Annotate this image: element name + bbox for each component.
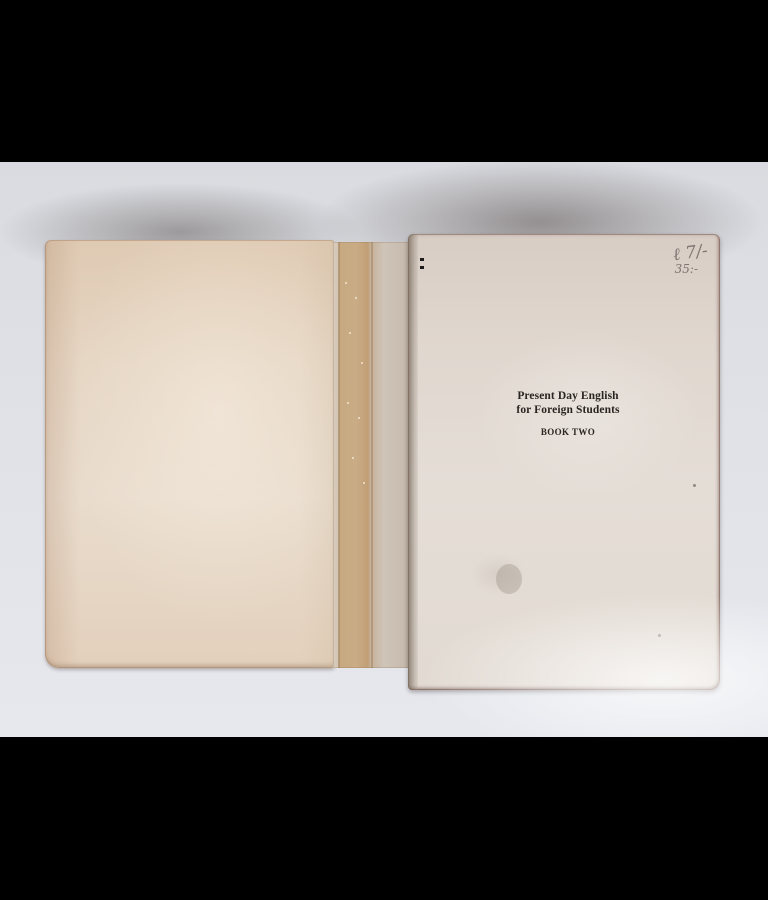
spine-speck: [349, 332, 351, 334]
front-cover: ℓ 7/- 35:- Present Day English for Forei…: [408, 234, 720, 690]
spine-speck: [355, 297, 357, 299]
handwritten-annotation: ℓ 7/- 35:-: [673, 244, 708, 276]
book-spine: [333, 242, 411, 668]
photo: ℓ 7/- 35:- Present Day English for Forei…: [0, 162, 768, 737]
spine-tape-edge: [338, 242, 340, 668]
book-title-line-2: for Foreign Students: [488, 403, 648, 417]
stain: [693, 484, 696, 487]
spine-tape-edge: [371, 242, 373, 668]
spine-speck: [352, 457, 354, 459]
inside-back-cover: [45, 240, 335, 668]
spine-speck: [361, 362, 363, 364]
book-subtitle: BOOK TWO: [488, 427, 648, 437]
spine-speck: [345, 282, 347, 284]
handwritten-price: ℓ 7/-: [672, 242, 709, 265]
spine-speck: [363, 482, 365, 484]
title-block: Present Day English for Foreign Students…: [488, 389, 648, 437]
book-title-line-1: Present Day English: [488, 389, 648, 403]
stain: [658, 634, 661, 637]
stain: [496, 564, 522, 594]
spine-speck: [347, 402, 349, 404]
spine-marks: [420, 258, 424, 272]
spine-speck: [358, 417, 360, 419]
